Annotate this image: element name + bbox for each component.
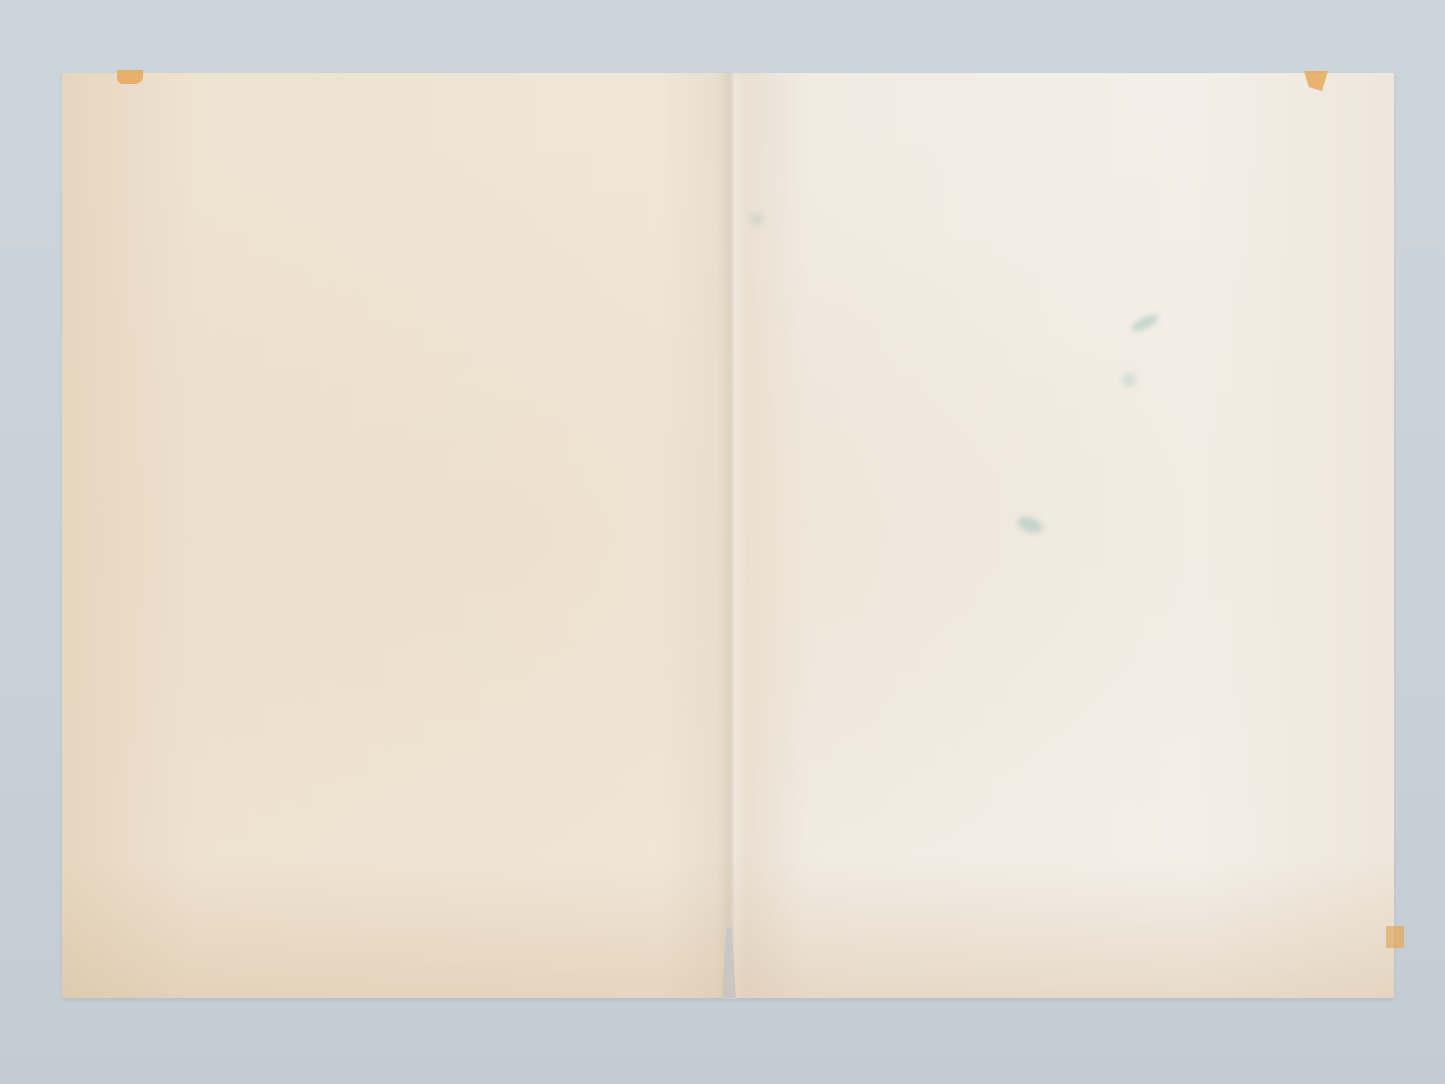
tape-remnant-top-right [1304, 71, 1328, 91]
stain [750, 213, 764, 225]
stain [1122, 373, 1136, 387]
paper-sheet [62, 73, 1394, 998]
tape-remnant-top-left [117, 70, 143, 84]
center-fold [717, 73, 747, 998]
stain [1015, 514, 1044, 536]
stain [1129, 312, 1160, 334]
tear-notch [722, 927, 736, 999]
tape-remnant-bottom-right [1386, 926, 1404, 948]
